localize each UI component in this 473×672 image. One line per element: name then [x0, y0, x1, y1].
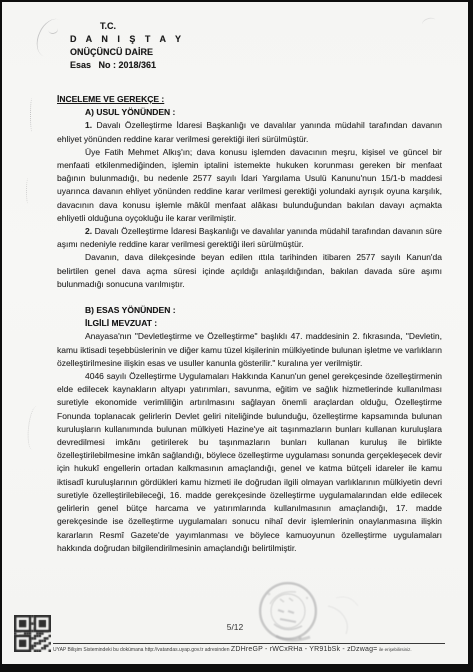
pencil-smudge [31, 14, 72, 62]
page-number: 5/12 [2, 622, 468, 632]
decision-body: İNCELEME VE GEREKÇE : A) USUL YÖNÜNDEN :… [57, 93, 442, 555]
case-number: Esas No : 2018/361 [70, 59, 190, 72]
paragraph: 2. Davalı Özelleştirme İdaresi Başkanlığ… [57, 225, 442, 251]
section-title: İNCELEME VE GEREKÇE : [57, 93, 442, 106]
footer-divider [53, 643, 445, 644]
paragraph: 1. Davalı Özelleştirme İdaresi Başkanlığ… [57, 119, 442, 145]
subsection-usul: A) USUL YÖNÜNDEN : [57, 106, 442, 119]
court-header: T.C. D A N I Ş T A Y ONÜÇÜNCÜ DAİRE Esas… [70, 20, 190, 72]
uyap-footer: UYAP Bilişim Sistemindeki bu dokümana ht… [53, 646, 453, 653]
republic-abbrev: T.C. [70, 20, 146, 33]
paragraph-text: Davalı Özelleştirme İdaresi Başkanlığı v… [57, 120, 442, 143]
pencil-smudge [26, 405, 44, 450]
pencil-smudge [47, 23, 59, 35]
pencil-smudge [421, 16, 437, 29]
pencil-smudge [30, 98, 34, 132]
scanned-page: T.C. D A N I Ş T A Y ONÜÇÜNCÜ DAİRE Esas… [0, 0, 473, 672]
qr-code [14, 615, 51, 652]
chamber-name: ONÜÇÜNCÜ DAİRE [70, 46, 190, 59]
paragraph: Anayasa'nın "Devletleştirme ve Özelleşti… [57, 330, 442, 370]
uyap-access-prefix: UYAP Bilişim Sistemindeki bu dokümana ht… [53, 647, 229, 653]
pencil-smudge [26, 178, 30, 204]
paragraph: Üye Fatih Mehmet Alkış'ın; dava konusu i… [57, 146, 442, 225]
subsection-esas: B) ESAS YÖNÜNDEN : [57, 304, 442, 317]
paragraph-text: Davalı Özelleştirme İdaresi Başkanlığı v… [57, 226, 442, 249]
court-name: D A N I Ş T A Y [70, 33, 190, 46]
uyap-access-suffix: ile erişebilirsiniz. [379, 647, 412, 652]
uyap-access-code: ZDHreGP - rWCxRHa - YR91bSk - zDzwag= [231, 646, 378, 653]
paragraph: Davanın, dava dilekçesinde beyan edilen … [57, 251, 442, 291]
paper-sheet: T.C. D A N I Ş T A Y ONÜÇÜNCÜ DAİRE Esas… [2, 2, 468, 664]
paragraph: 4046 sayılı Özelleştirme Uygulamaları Ha… [57, 370, 442, 555]
subsection-mevzuat: İLGİLİ MEVZUAT : [57, 317, 442, 330]
